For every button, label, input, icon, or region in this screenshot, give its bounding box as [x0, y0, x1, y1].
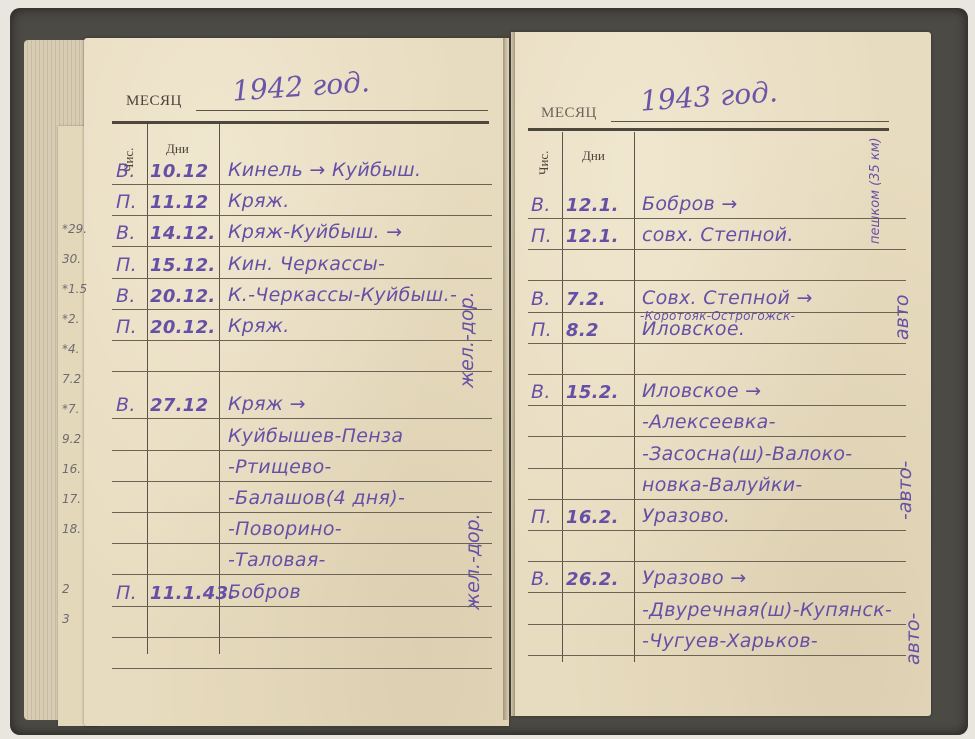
ruled-line [528, 436, 906, 437]
date: 11.1.43. [150, 583, 236, 604]
ruled-line [528, 280, 906, 281]
day-of-week: П. [116, 316, 137, 338]
date: 15.12. [150, 255, 216, 276]
pencil-margin-number: *1.5 [62, 282, 87, 296]
place-entry: -Ртищево- [228, 456, 332, 478]
day-of-week: В. [116, 222, 136, 244]
col-head-days: Дни [582, 148, 605, 164]
ruled-line [112, 574, 492, 575]
place-entry: Кряж-Куйбыш. → [228, 221, 402, 243]
ruled-line [112, 512, 492, 513]
pencil-margin-number: *4. [62, 342, 79, 356]
month-line [611, 121, 889, 122]
place-entry: -Балашов(4 дня)- [228, 487, 405, 509]
date: 7.2. [566, 289, 606, 310]
ruled-line [112, 340, 492, 341]
pencil-margin-number: 2 [62, 582, 70, 596]
date: 20.12. [150, 286, 216, 307]
place-entry: -Алексеевка- [642, 411, 776, 433]
date: 27.12 [150, 395, 208, 416]
pencil-margin-number: *7. [62, 402, 79, 416]
pencil-margin-number: 18. [62, 522, 81, 536]
date: 26.2. [566, 569, 619, 590]
ruled-line [112, 309, 492, 310]
day-of-week: П. [116, 582, 137, 604]
place-entry: Уразово. [642, 505, 730, 527]
ruled-line [112, 278, 492, 279]
place-entry: -Таловая- [228, 549, 326, 571]
ruled-line [528, 343, 906, 344]
margin-note-rail: жел.-дор. [462, 513, 484, 610]
ruled-line [528, 405, 906, 406]
month-label-right: МЕСЯЦ [541, 105, 597, 122]
place-entry: Кин. Черкассы- [228, 253, 385, 275]
ruled-line [112, 450, 492, 451]
date: 8.2 [566, 320, 599, 341]
ruled-line [112, 606, 492, 607]
place-entry: Совх. Степной → [642, 287, 813, 309]
pencil-margin-number: 17. [62, 492, 81, 506]
day-of-week: В. [116, 160, 136, 182]
ruled-line [112, 215, 492, 216]
month-line [196, 110, 488, 111]
ruled-line [112, 418, 492, 419]
date: 15.2. [566, 382, 619, 403]
ruled-line [112, 246, 492, 247]
place-entry: Куйбышев-Пенза [228, 425, 403, 447]
pencil-margin-number: 30. [62, 252, 81, 266]
place-entry: Бобров → [642, 193, 738, 215]
col-head-number: Чис. [536, 151, 552, 175]
header-rule [112, 121, 489, 124]
pencil-margin-number: *29. [62, 222, 87, 236]
place-entry: -Засосна(ш)-Валоко- [642, 443, 852, 465]
date: 20.12. [150, 317, 216, 338]
date: 12.1. [566, 226, 619, 247]
spine [503, 30, 515, 720]
place-entry: Иловское → [642, 380, 761, 402]
day-of-week: В. [531, 568, 551, 590]
ruled-line [528, 530, 906, 531]
pencil-margin-number: *2. [62, 312, 79, 326]
ruled-line [528, 468, 906, 469]
ruled-line [528, 218, 906, 219]
day-of-week: П. [531, 225, 552, 247]
place-entry: Кряж. [228, 315, 290, 337]
day-of-week: П. [531, 319, 552, 341]
ruled-line [528, 655, 906, 656]
header-rule [528, 128, 889, 131]
place-entry: -Поворино- [228, 518, 342, 540]
ruled-line [112, 184, 492, 185]
place-entry: Бобров [228, 581, 301, 603]
margin-note-walk: пешком (35 км) [868, 137, 883, 244]
place-entry: Уразово → [642, 567, 747, 589]
ruled-line [528, 592, 906, 593]
day-of-week: В. [116, 285, 136, 307]
ruled-line [528, 249, 906, 250]
day-of-week: П. [116, 191, 137, 213]
ruled-line [528, 624, 906, 625]
date: 11.12 [150, 192, 208, 213]
column-divider [562, 132, 563, 662]
ruled-line [112, 371, 492, 372]
ruled-line [528, 561, 906, 562]
place-entry: К.-Черкассы-Куйбыш.- [228, 284, 457, 306]
ruled-line [112, 637, 492, 638]
pencil-margin-number: 16. [62, 462, 81, 476]
ruled-line [112, 543, 492, 544]
pencil-margin-number: 9.2 [62, 432, 81, 446]
day-of-week: В. [531, 194, 551, 216]
place-entry: -Двуречная(ш)-Купянск- [642, 599, 892, 621]
place-entry: Иловское. [642, 318, 745, 340]
ruled-line [112, 481, 492, 482]
col-head-days: Дни [166, 141, 189, 157]
place-entry: Кряж → [228, 393, 306, 415]
date: 16.2. [566, 507, 619, 528]
column-divider [634, 132, 635, 662]
month-label-left: МЕСЯЦ [126, 93, 182, 110]
place-entry: Кряж. [228, 190, 290, 212]
margin-note-auto: -авто- [894, 461, 916, 520]
margin-note-auto: авто- [902, 613, 924, 665]
pencil-margin-number: 7.2 [62, 372, 81, 386]
day-of-week: В. [531, 381, 551, 403]
place-entry: -Чугуев-Харьков- [642, 630, 818, 652]
margin-note-auto: авто [891, 294, 913, 340]
day-of-week: П. [531, 506, 552, 528]
pencil-margin-number: 3 [62, 612, 70, 626]
ruled-line [112, 668, 492, 669]
day-of-week: В. [116, 394, 136, 416]
margin-note-rail: жел.-дор. [456, 291, 478, 388]
ruled-line [528, 499, 906, 500]
ruled-line [528, 374, 906, 375]
place-entry: совх. Степной. [642, 224, 794, 246]
place-entry: новка-Валуйки- [642, 474, 803, 496]
date: 10.12 [150, 161, 208, 182]
place-entry: Кинель → Куйбыш. [228, 159, 421, 181]
day-of-week: В. [531, 288, 551, 310]
day-of-week: П. [116, 254, 137, 276]
date: 14.12. [150, 223, 216, 244]
date: 12.1. [566, 195, 619, 216]
